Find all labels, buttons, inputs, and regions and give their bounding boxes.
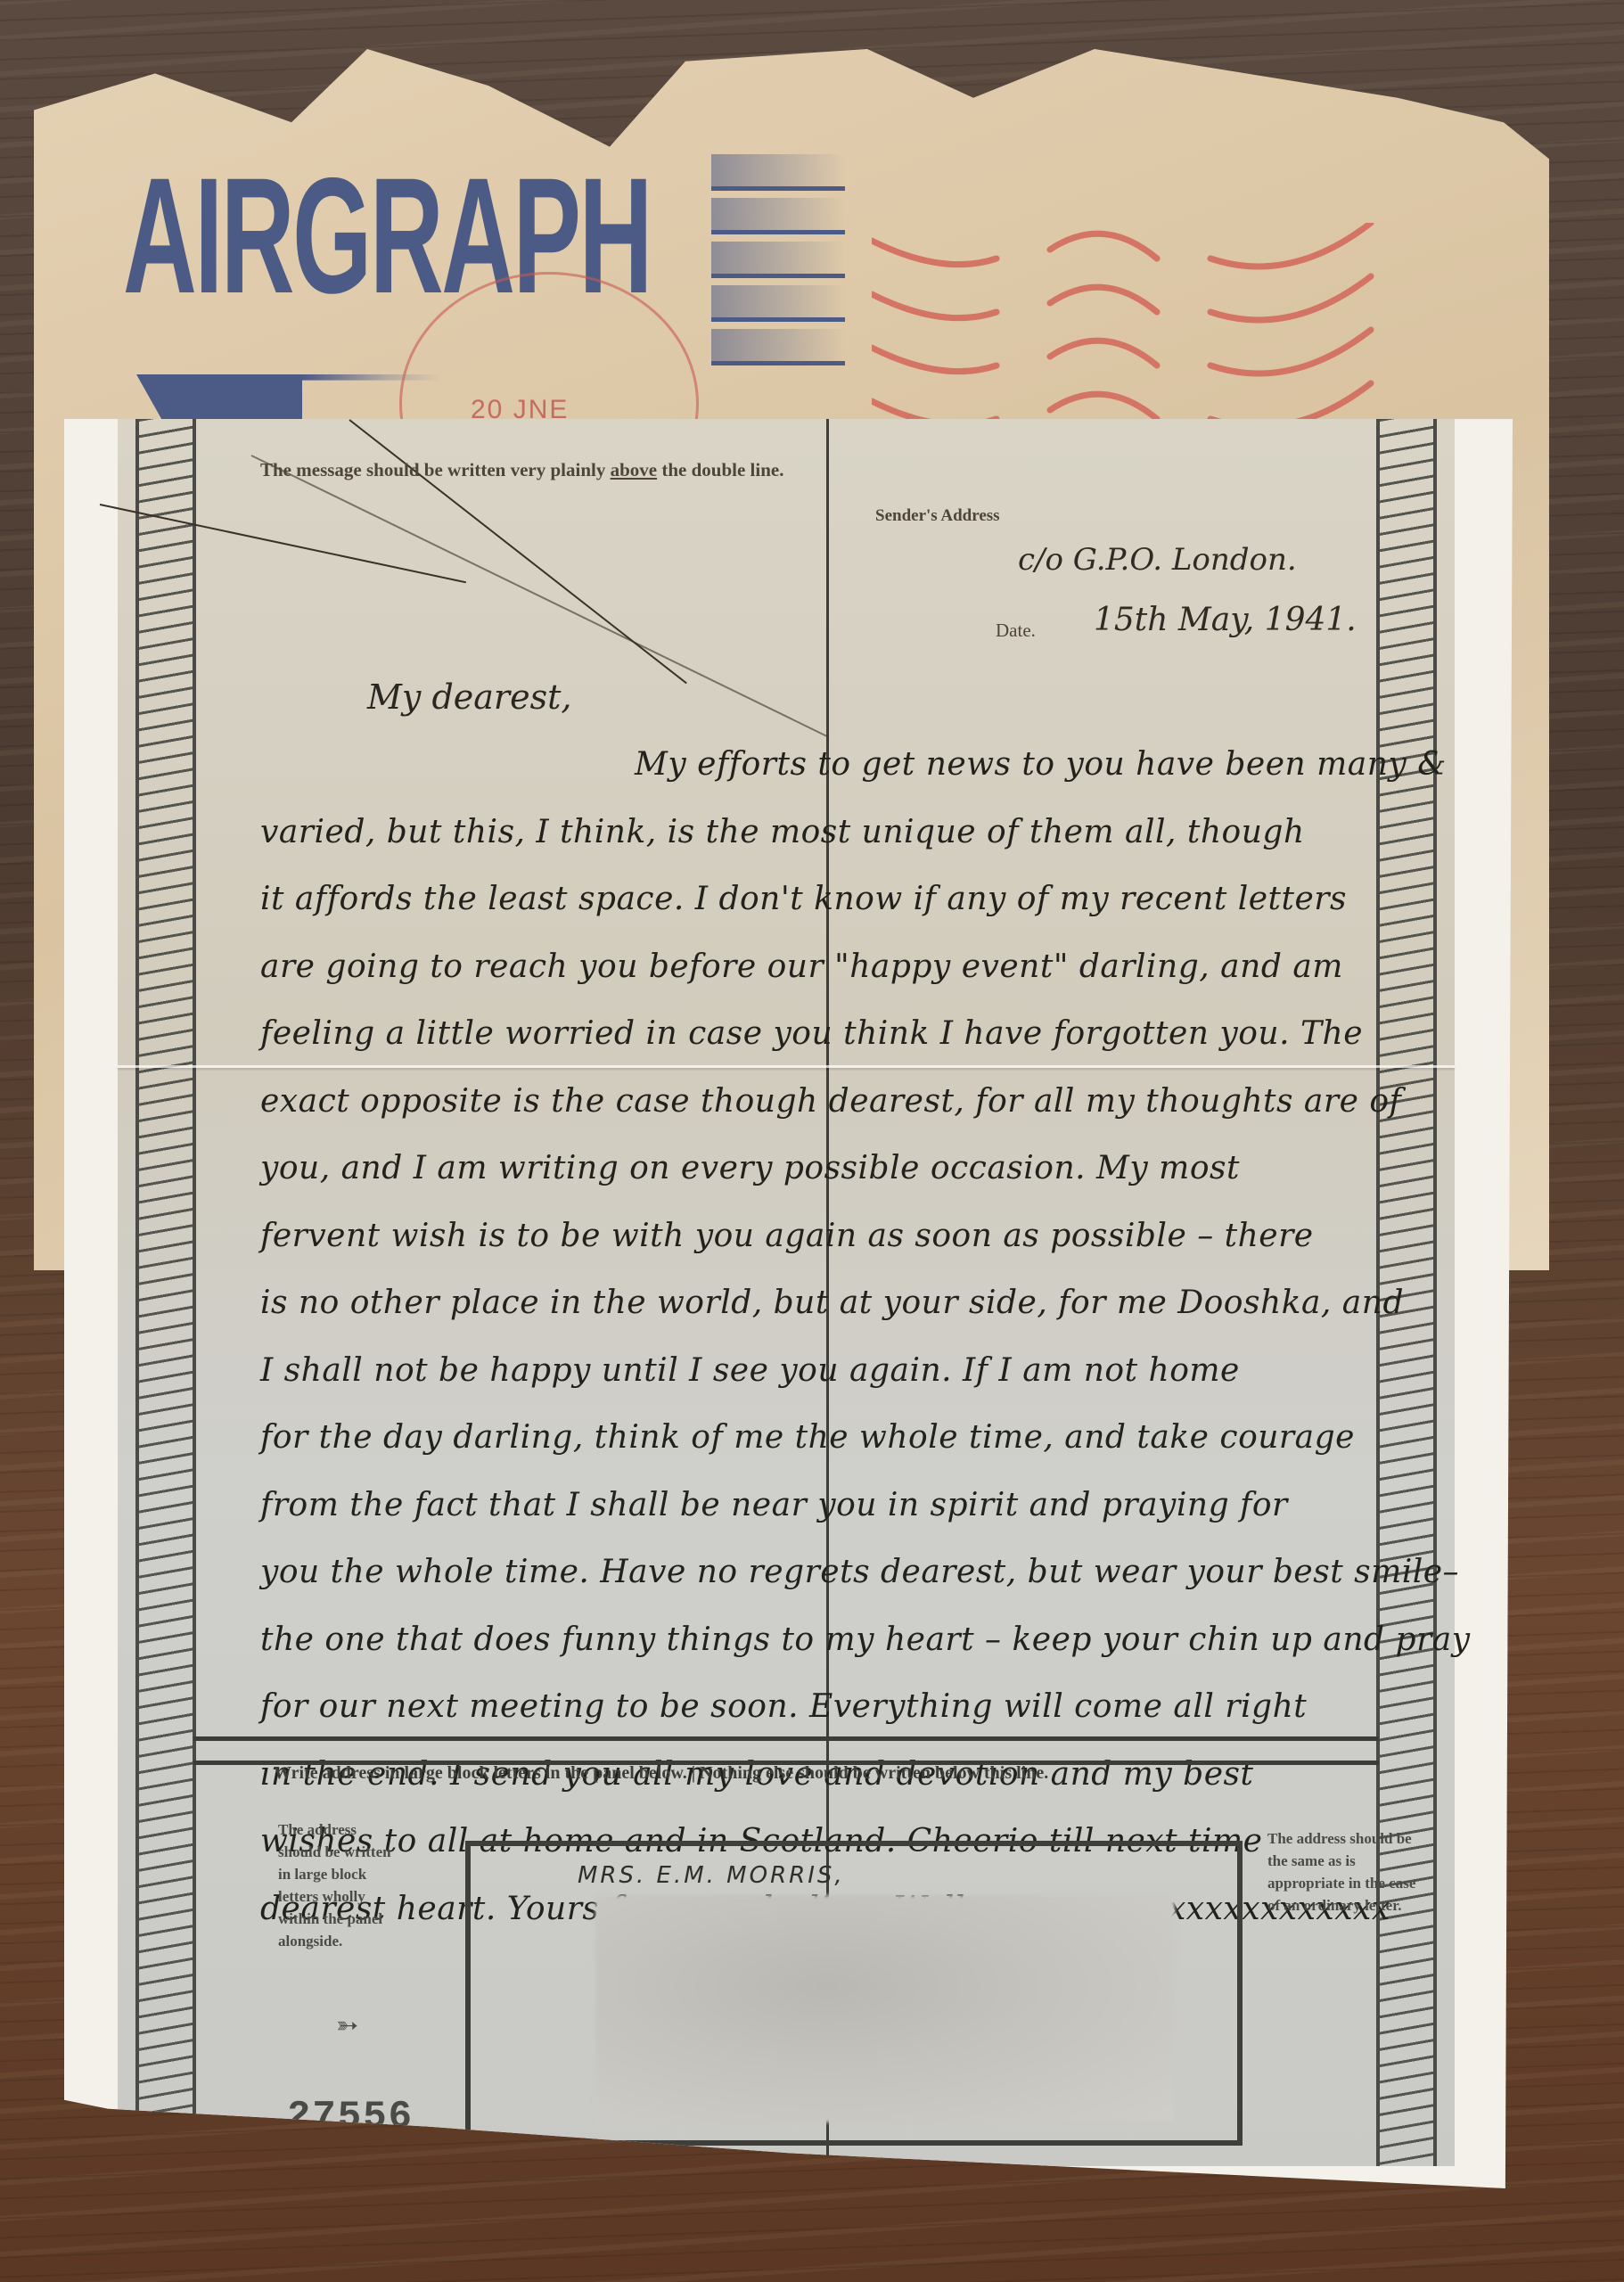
letter-line: the one that does funny things to my hea… bbox=[260, 1606, 1490, 1674]
letter-line: for our next meeting to be soon. Everyth… bbox=[260, 1673, 1490, 1741]
letter-line: from the fact that I shall be near you i… bbox=[260, 1472, 1490, 1539]
airgraph-photo-sheet: The message should be written very plain… bbox=[64, 419, 1513, 2188]
letter-line: are going to reach you before our "happy… bbox=[260, 933, 1490, 1001]
redacted-address-blur bbox=[595, 1895, 1175, 2122]
letter-line: you, and I am writing on every possible … bbox=[260, 1135, 1490, 1203]
date-value: 15th May, 1941. bbox=[1094, 602, 1357, 638]
letter-line: feeling a little worried in case you thi… bbox=[260, 1000, 1490, 1068]
senders-address-label: Sender's Address bbox=[875, 506, 1000, 526]
letter-line: is no other place in the world, but at y… bbox=[260, 1269, 1490, 1337]
letter-line: it affords the least space. I don't know… bbox=[260, 866, 1490, 933]
letter-line: for the day darling, think of me the who… bbox=[260, 1404, 1490, 1472]
airgraph-print: The message should be written very plain… bbox=[118, 419, 1455, 2166]
date-label: Date. bbox=[996, 620, 1036, 642]
address-instruction-right: The address should be the same as is app… bbox=[1267, 1827, 1419, 1917]
top-instruction: The message should be written very plain… bbox=[260, 459, 783, 481]
letter-line: fervent wish is to be with you again as … bbox=[260, 1203, 1490, 1270]
letter-line: My efforts to get news to you have been … bbox=[260, 731, 1490, 799]
letter-line: exact opposite is the case though deares… bbox=[260, 1068, 1490, 1136]
bottom-instruction: Write address in large block letters in … bbox=[274, 1763, 1048, 1784]
wing-logo-icon bbox=[711, 154, 845, 368]
letter-salutation: My dearest, bbox=[367, 677, 571, 717]
double-line-divider bbox=[193, 1736, 1379, 1765]
arrow-right-icon: ➳ bbox=[336, 2010, 358, 2041]
senders-address-value: c/o G.P.O. London. bbox=[1018, 542, 1297, 578]
letter-line: I shall not be happy until I see you aga… bbox=[260, 1337, 1490, 1405]
left-border-stripe bbox=[135, 419, 196, 2166]
letter-line: you the whole time. Have no regrets dear… bbox=[260, 1539, 1490, 1606]
serial-number: 27556 bbox=[287, 2095, 414, 2139]
address-instruction-left: The address should be written in large b… bbox=[278, 1818, 403, 1952]
letter-line: varied, but this, I think, is the most u… bbox=[260, 799, 1490, 866]
recipient-name: MRS. E.M. MORRIS, bbox=[578, 1862, 845, 1889]
address-panel: MRS. E.M. MORRIS, bbox=[465, 1841, 1243, 2146]
